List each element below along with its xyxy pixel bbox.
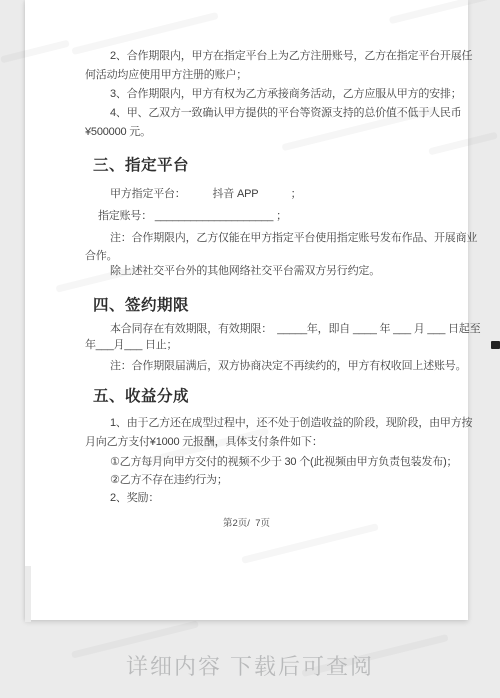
doc-line: ①乙方每月向甲方交付的视频不少于 30 个(此视频由甲方负责包装发布)； xyxy=(110,456,457,469)
doc-line: 何活动均应使用甲方注册的账户； xyxy=(85,69,247,82)
doc-line: 月向乙方支付¥1000 元报酬，具体支付条件如下： xyxy=(85,436,323,449)
doc-line: 本合同存在有效期限，有效期限： _____年，即自 ____ 年 ___ 月 _… xyxy=(110,323,480,336)
account-field-line: 指定账号： ____________________ ； xyxy=(98,210,287,223)
doc-line: 合作。 xyxy=(85,250,117,263)
page-number: 第2页/ 7页 xyxy=(25,515,468,529)
download-hint-caption: 详细内容 下载后可查阅 xyxy=(0,650,500,681)
doc-line: ②乙方不存在违约行为； xyxy=(110,474,228,487)
document-page: 2、合作期限内，甲方在指定平台上为乙方注册账号，乙方在指定平台开展任 何活动均应… xyxy=(25,0,468,620)
doc-line: ¥500000 元。 xyxy=(85,126,151,139)
section-heading-platform: 三、指定平台 xyxy=(93,153,189,175)
doc-line: 除上述社交平台外的其他网络社交平台需双方另行约定。 xyxy=(110,265,380,278)
section-heading-revenue: 五、收益分成 xyxy=(93,384,189,406)
doc-line: 3、合作期限内，甲方有权为乙方承接商务活动，乙方应服从甲方的安排； xyxy=(110,88,462,101)
doc-line: 注：合作期限内，乙方仅能在甲方指定平台使用指定账号发布作品、开展商业 xyxy=(110,232,477,245)
scroll-indicator-dot[interactable] xyxy=(491,341,500,349)
doc-line: 年___月___ 日止； xyxy=(85,339,177,352)
doc-line: 4、甲、乙双方一致确认甲方提供的平台等资源支持的总价值不低于人民币 xyxy=(110,107,462,120)
doc-line: 2、合作期限内，甲方在指定平台上为乙方注册账号，乙方在指定平台开展任 xyxy=(110,50,472,63)
section-heading-term: 四、签约期限 xyxy=(93,293,189,315)
doc-line: 注：合作期限届满后，双方协商决定不再续约的，甲方有权收回上述账号。 xyxy=(110,360,466,373)
page-edge-notch xyxy=(25,566,31,622)
doc-line: 1、由于乙方还在成型过程中，还不处于创造收益的阶段，现阶段，由甲方按 xyxy=(110,417,472,430)
doc-line: 2、奖励： xyxy=(110,492,159,505)
platform-field-line: 甲方指定平台： 抖音 APP ； xyxy=(110,188,301,201)
